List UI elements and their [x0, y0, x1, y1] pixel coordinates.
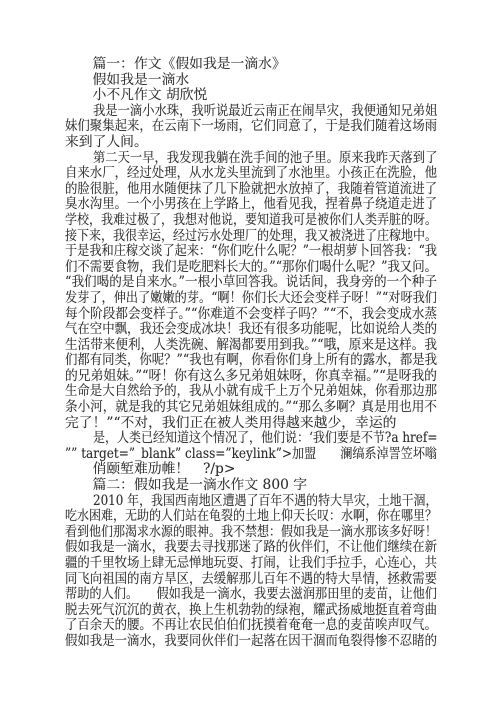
- text-line: 看到他们那渴求水源的眼神。我不禁想：假如我是一滴水那该多好呀！: [65, 525, 437, 541]
- text-line: ”” target=”_blank” class=”keylink”>加盟 澜缟…: [65, 447, 437, 463]
- text-line: 第二天一早，我发现我躺在洗手间的池子里。原来我昨天落到了: [65, 151, 437, 167]
- text-line: 臭水沟里。一个小男孩在上学路上，他看见我，捏着鼻子绕道走进了: [65, 197, 437, 213]
- text-line: 俏颐堑难劢帷！ ?/p>: [65, 462, 437, 478]
- text-line: 发芽了，伸出了嫩嫩的芽。“啊！你们长大还会变样子呀！”“对呀我们: [65, 291, 437, 307]
- text-line: 是，人类已经知道这个情况了，他们说：‘我们要是不节?a href=: [65, 431, 437, 447]
- text-line: 帮助的人们。 假如我是一滴水，我要去滋润那田里的麦苗，让他们: [65, 587, 437, 603]
- text-line: 疆的千里牧场上肆无忌惮地玩耍、打闹，让我们手拉手，心连心，共: [65, 556, 437, 572]
- text-line: 脱去死气沉沉的黄衣，换上生机勃勃的绿袍，耀武扬威地挺直着弯曲: [65, 603, 437, 619]
- text-line: 我是一滴小水珠，我听说最近云南正在闹旱灾，我便通知兄弟姐: [65, 104, 437, 120]
- text-line: 了百余天的腰。不再让农民伯伯们抚摸着奄奄一息的麦苗唉声叹气。: [65, 618, 437, 634]
- text-line: 自来水厂，经过处理，从水龙头里流到了水池里。小孩正在洗脸，他: [65, 166, 437, 182]
- text-line: “我们喝的是自来水。”一根小草回答我。说话间，我身旁的一个种子: [65, 275, 437, 291]
- text-line: 生命是大自然给予的，我从小就有成千上万个兄弟姐妹，你看那边那: [65, 384, 437, 400]
- document-page: 篇一：作文《假如我是一滴水》假如我是一滴水小不凡作文 胡欣悦我是一滴小水珠，我听…: [0, 0, 500, 707]
- text-line: 学校，我难过极了，我想对他说，要知道我可是被你们人类弄脏的呀。: [65, 213, 437, 229]
- text-line: 来到了人间。: [65, 135, 437, 151]
- text-line: 接下来，我很幸运，经过污水处理厂的处理，我又被浇进了庄稼地中。: [65, 229, 437, 245]
- text-line: 条小河，就是我的其它兄弟姐妹组成的。”“那么多啊？真是用也用不: [65, 400, 437, 416]
- text-line: 们不需要食物，我们是吃肥料长大的。”“那你们喝什么呢？”我又问。: [65, 260, 437, 276]
- text-line: 于是我和庄稼交谈了起来：“你们吃什么呢？”一根胡萝卜回答我：“我: [65, 244, 437, 260]
- text-line: 假如我是一滴水，我要同伙伴们一起落在因干涸而龟裂得惨不忍睹的: [65, 634, 437, 650]
- text-line: 每个阶段都会变样子。”“你难道不会变样子吗？”“不，我会变成水蒸: [65, 307, 437, 323]
- text-line: 妹们聚集起来，在云南下一场雨，它们同意了，于是我们随着这场雨: [65, 119, 437, 135]
- text-line: 2010 年，我国西南地区遭遇了百年不遇的特大旱灾，土地干涸，: [65, 494, 437, 510]
- text-line: 假如我是一滴水，我要去寻找那迷了路的伙伴们，不让他们继续在新: [65, 540, 437, 556]
- text-line: 篇一：作文《假如我是一滴水》: [65, 57, 437, 73]
- text-line: 同飞向祖国的南方旱区，去缓解那儿百年不遇的特大旱情，拯救需要: [65, 572, 437, 588]
- text-line: 小不凡作文 胡欣悦: [65, 88, 437, 104]
- text-line: 们都有同类，你呢？”“我也有啊，你看你们身上所有的露水，都是我: [65, 353, 437, 369]
- text-line: 完了！”“不对，我们正在被人类用得越来越少，幸运的: [65, 416, 437, 432]
- text-line: 气在空中飘，我还会变成冰块！我还有很多功能呢，比如说给人类的: [65, 322, 437, 338]
- text-line: 吃水困难，无助的人们站在龟裂的土地上仰天长叹：水啊，你在哪里？: [65, 509, 437, 525]
- text-line: 篇二：假如我是一滴水作文 800 字: [65, 478, 437, 494]
- text-line: 的脸很脏，他用水随便抹了几下脸就把水放掉了，我随着管道流进了: [65, 182, 437, 198]
- document-text-block: 篇一：作文《假如我是一滴水》假如我是一滴水小不凡作文 胡欣悦我是一滴小水珠，我听…: [65, 57, 437, 650]
- text-line: 假如我是一滴水: [65, 73, 437, 89]
- text-line: 的兄弟姐妹。”“呀！你有这么多兄弟姐妹呀，你真幸福。”“是呀我的: [65, 369, 437, 385]
- text-line: 生活带来便利，人类洗碗、解渴都要用到我。”“哦，原来是这样。我: [65, 338, 437, 354]
